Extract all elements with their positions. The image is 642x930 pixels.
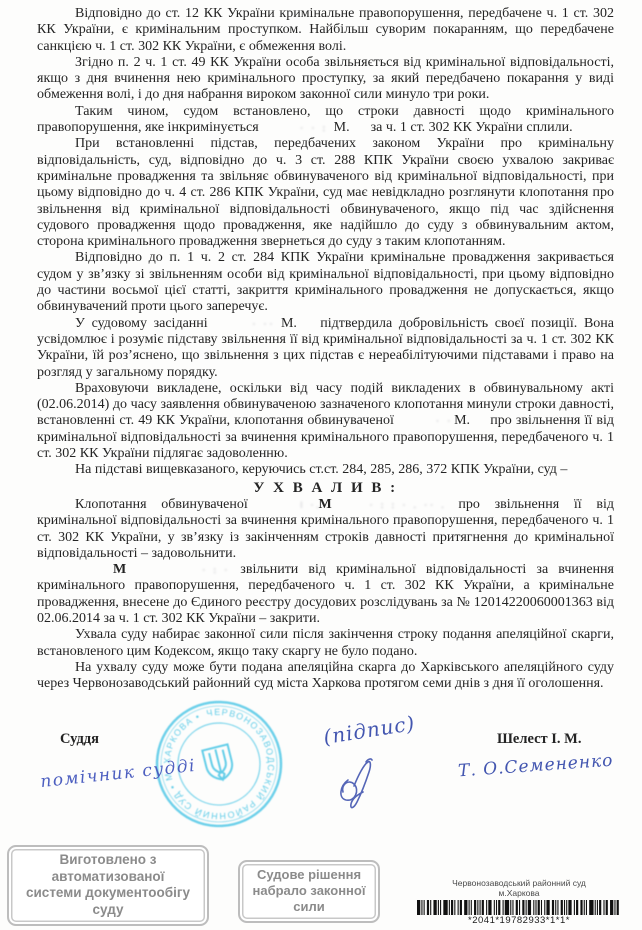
legal-force-stamp: Судове рішення набрало законної сили (238, 860, 380, 923)
barcode-court-name: Червонозаводський районний суд (412, 878, 626, 889)
paragraph: У судовому засіданні · ·· .:,· М. · підт… (37, 316, 614, 381)
handwritten-signature-note: (підпис) (322, 711, 417, 749)
paragraph: Таким чином, судом встановлено, що строк… (37, 104, 614, 137)
signature-area: ЧЕРВОНОЗАВОДСЬКИЙ РАЙОННИЙ СУД • М. ХАРК… (0, 698, 642, 858)
redacted-name: | ·, :· · (262, 497, 318, 508)
paragraph-text: У судовому засіданні (75, 316, 214, 331)
paragraph-text: У Х В А Л И В : (253, 480, 397, 496)
verdict-heading: У Х В А Л И В : (37, 480, 614, 496)
paragraph: Ухвала суду набирає законної сили після … (37, 627, 614, 660)
paragraph-text: М. (450, 413, 474, 428)
paragraph-text: На ухвалу суду може бути подана апеляцій… (37, 660, 614, 691)
paragraph: На підставі вищевказаного, керуючись ст.… (37, 462, 614, 478)
paragraph: Клопотання обвинуваченої | ·, :· ·М· ; :… (37, 497, 614, 562)
barcode-code: *2041*19782933*1*1* (412, 915, 626, 926)
automation-system-stamp: Виготовлено з автоматизованої системи до… (7, 845, 209, 926)
paragraph: Згідно п. 2 ч. 1 ст. 49 КК України особа… (37, 55, 614, 104)
automation-system-stamp-line2: системи документообігу суду (17, 885, 199, 918)
legal-force-stamp-line1: Судове рішення (248, 867, 370, 883)
legal-force-stamp-line2: набрало законної сили (248, 883, 370, 915)
redacted-name: ·· (474, 413, 486, 424)
paragraph: Відповідно до п. 1 ч. 2 ст. 284 КПК Укра… (37, 250, 614, 315)
paragraph-text: При встановленні підстав, передбачених з… (37, 136, 614, 249)
handwritten-assistant-signature: Т. О.Семененко (457, 751, 614, 782)
paragraph-text: М. (330, 120, 353, 135)
redacted-name: · · : · (262, 120, 330, 131)
redacted-name: · ·· .:,· (214, 316, 274, 327)
paragraph-text: Відповідно до п. 1 ч. 2 ст. 284 КПК Укра… (37, 250, 614, 314)
paragraph-text: М. (274, 316, 303, 331)
redacted-name-initial: М (113, 562, 126, 577)
barcode-block: Червонозаводський районний суд м.Харкова… (412, 878, 626, 926)
handwritten-signature-flourish (330, 746, 394, 823)
redacted-name: · · · (398, 413, 450, 424)
paragraph: М· : · · звільнити від кримінальної відп… (37, 562, 614, 627)
redacted-name: · : · · (126, 562, 230, 573)
barcode-icon (417, 900, 621, 915)
redacted-name-initial: М (318, 497, 331, 512)
redacted-name: · (304, 316, 314, 327)
redacted-name: · ; : · . ·· .: (332, 497, 444, 508)
paragraph-text: На підставі вищевказаного, керуючись ст.… (75, 462, 567, 477)
trident-icon (202, 744, 235, 782)
paragraph-text: Згідно п. 2 ч. 1 ст. 49 КК України особа… (37, 55, 614, 103)
automation-system-stamp-line1: Виготовлено з автоматизованої (17, 852, 199, 885)
paragraph: На ухвалу суду може бути подана апеляцій… (37, 660, 614, 693)
judge-name: Шелест І. М. (497, 731, 582, 748)
redacted-name: ·· (353, 120, 367, 131)
paragraph: Враховуючи викладене, оскільки від часу … (37, 381, 614, 462)
document-body: Відповідно до ст. 12 КК України кримінал… (37, 6, 614, 692)
scanned-court-ruling-page: Відповідно до ст. 12 КК України кримінал… (0, 0, 642, 930)
judge-label: Суддя (60, 731, 99, 748)
barcode-court-city: м.Харкова (412, 888, 626, 899)
paragraph-text: Ухвала суду набирає законної сили після … (37, 627, 614, 658)
paragraph: Відповідно до ст. 12 КК України кримінал… (37, 6, 614, 55)
paragraph-text: Відповідно до ст. 12 КК України кримінал… (37, 6, 614, 54)
paragraph-text: Клопотання обвинуваченої (75, 497, 262, 512)
paragraph-text: за ч. 1 ст. 302 КК України сплили. (367, 120, 572, 135)
paragraph: При встановленні підстав, передбачених з… (37, 136, 614, 250)
